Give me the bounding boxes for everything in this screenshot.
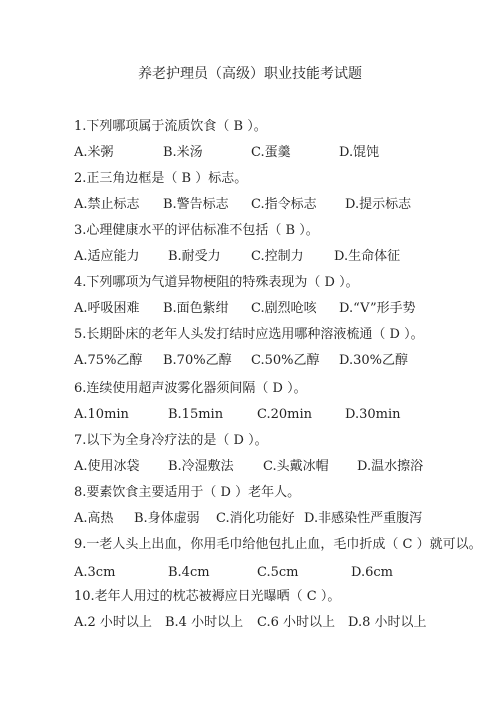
question-4: 4.下列哪项为气道异物梗阻的特殊表现为（ D ）。 <box>74 275 359 291</box>
q1-option-c: C.蛋羹 <box>251 145 291 161</box>
q2-option-d: D.提示标志 <box>345 197 411 213</box>
q5-option-b: B.70%乙醇 <box>163 353 232 369</box>
question-2: 2.正三角边框是（ B ）标志。 <box>74 171 247 187</box>
question-6: 6.连续使用超声波雾化器须间隔（ D ）。 <box>74 381 307 397</box>
q5-option-c: C.50%乙醇 <box>251 353 320 369</box>
q3-option-c: C.控制力 <box>251 249 304 265</box>
document-title: 养老护理员（高级）职业技能考试题 <box>0 63 500 83</box>
q9-option-b: B.4cm <box>168 565 210 581</box>
q1-option-d: D.馄饨 <box>339 145 379 161</box>
q9-option-d: D.6cm <box>351 565 393 581</box>
q1-option-b: B.米汤 <box>163 145 203 161</box>
q8-option-c: C.消化功能好 <box>216 511 295 527</box>
q4-option-b: B.面色紫绀 <box>163 301 229 317</box>
q8-option-a: A.高热 <box>74 511 114 527</box>
question-7: 7.以下为全身冷疗法的是（ D ）。 <box>74 433 268 449</box>
q10-option-a: A.2 小时以上 <box>74 615 152 631</box>
q3-option-a: A.适应能力 <box>74 249 140 265</box>
question-8: 8.要素饮食主要适用于（ D ）老年人。 <box>74 485 300 501</box>
q9-option-c: C.5cm <box>257 565 299 581</box>
q6-option-a: A.10min <box>74 407 129 423</box>
q10-option-d: D.8 小时以上 <box>348 615 427 631</box>
q9-option-a: A.3cm <box>74 565 115 581</box>
q7-option-a: A.使用冰袋 <box>74 459 140 475</box>
q8-option-b: B.身体虚弱 <box>134 511 200 527</box>
q5-option-d: D.30%乙醇 <box>339 353 408 369</box>
question-10: 10.老年人用过的枕芯被褥应日光曝晒（ C ）。 <box>74 589 340 605</box>
q6-option-c: C.20min <box>257 407 312 423</box>
q7-option-b: B.冷湿敷法 <box>168 459 234 475</box>
q10-option-b: B.4 小时以上 <box>165 615 243 631</box>
q2-option-a: A.禁止标志 <box>74 197 140 213</box>
q4-option-c: C.剧烈呛咳 <box>251 301 317 317</box>
question-5: 5.长期卧床的老年人头发打结时应选用哪种溶液梳通（ D ）。 <box>74 327 424 343</box>
q5-option-a: A.75%乙醇 <box>74 353 142 369</box>
question-1: 1.下列哪项属于流质饮食（ B ）。 <box>74 119 267 135</box>
q7-option-d: D.温水擦浴 <box>357 459 423 475</box>
q3-option-d: D.生命体征 <box>334 249 400 265</box>
q6-option-d: D.30min <box>345 407 401 423</box>
q8-option-d: D.非感染性严重腹泻 <box>304 511 422 527</box>
q4-option-d: D.“V”形手势 <box>339 301 416 317</box>
q10-option-c: C.6 小时以上 <box>257 615 335 631</box>
q6-option-b: B.15min <box>168 407 223 423</box>
q7-option-c: C.头戴冰帽 <box>263 459 329 475</box>
q2-option-b: B.警告标志 <box>163 197 229 213</box>
q1-option-a: A.米粥 <box>74 145 114 161</box>
question-3: 3.心理健康水平的评估标准不包括（ B ）。 <box>74 223 319 239</box>
q4-option-a: A.呼吸困难 <box>74 301 140 317</box>
q3-option-b: B.耐受力 <box>168 249 221 265</box>
question-9: 9.一老人头上出血，你用毛巾给他包扎止血，毛巾折成（ C ）就可以。 <box>74 537 482 553</box>
q2-option-c: C.指令标志 <box>251 197 317 213</box>
